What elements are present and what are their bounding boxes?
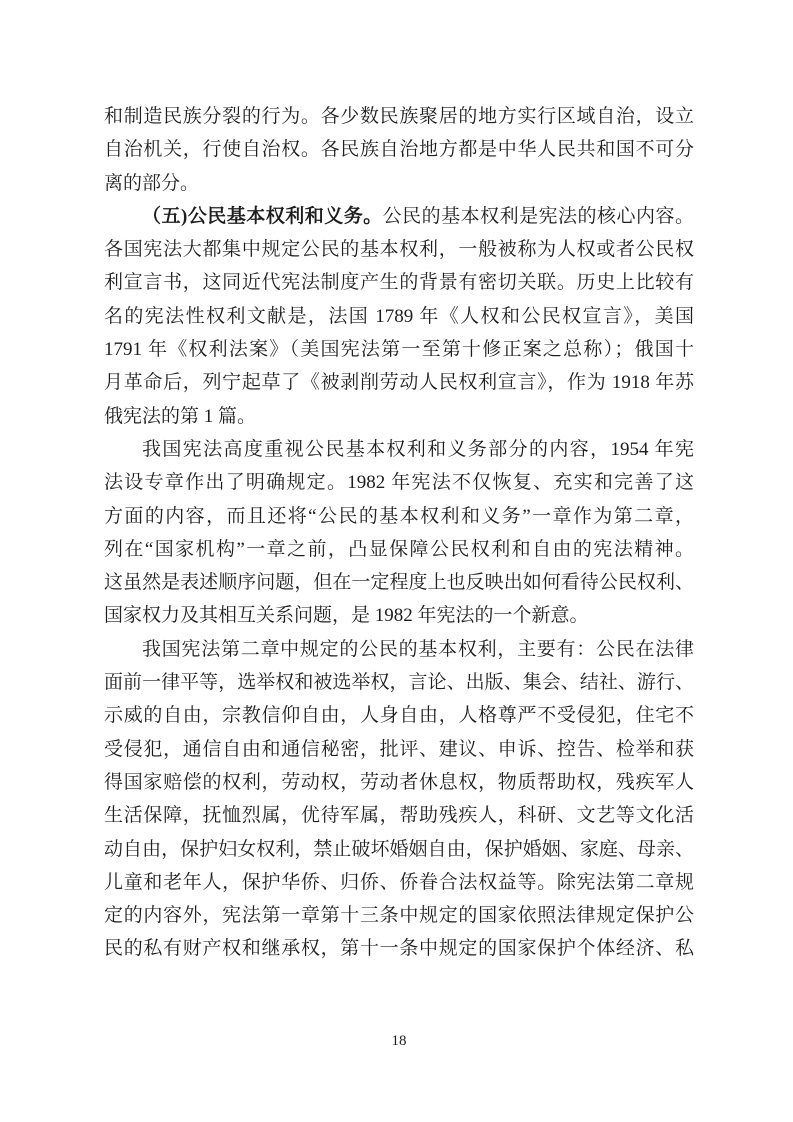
text-line: 这虽然是表述顺序问题，但在一定程度上也反映出如何看待公民权利、 xyxy=(104,566,694,599)
text-line: 俄宪法的第 1 篇。 xyxy=(104,400,694,433)
text-line: 儿童和老年人，保护华侨、归侨、侨眷合法权益等。除宪法第二章规 xyxy=(104,866,694,899)
text-line: 国家权力及其相互关系问题，是 1982 年宪法的一个新意。 xyxy=(104,599,694,632)
text-line: 动自由，保护妇女权利，禁止破坏婚姻自由，保护婚姻、家庭、母亲、 xyxy=(104,833,694,866)
text-line: 得国家赔偿的权利，劳动权，劳动者休息权，物质帮助权，残疾军人 xyxy=(104,766,694,799)
text-line: 受侵犯，通信自由和通信秘密，批评、建议、申诉、控告、检举和获 xyxy=(104,733,694,766)
body-text: 和制造民族分裂的行为。各少数民族聚居的地方实行区域自治，设立自治机关，行使自治权… xyxy=(104,100,694,966)
text-line: 和制造民族分裂的行为。各少数民族聚居的地方实行区域自治，设立 xyxy=(104,100,694,133)
section-heading-label: （五)公民基本权利和义务。 xyxy=(142,206,383,227)
text-line: 月革命后，列宁起草了《被剥削劳动人民权利宣言》，作为 1918 年苏 xyxy=(104,366,694,399)
document-page: 和制造民族分裂的行为。各少数民族聚居的地方实行区域自治，设立自治机关，行使自治权… xyxy=(0,0,793,1122)
text-line: 定的内容外，宪法第一章第十三条中规定的国家依照法律规定保护公 xyxy=(104,899,694,932)
text-line: 法设专章作出了明确规定。1982 年宪法不仅恢复、充实和完善了这 xyxy=(104,466,694,499)
text-line: 名的宪法性权利文献是，法国 1789 年《人权和公民权宣言》，美国 xyxy=(104,300,694,333)
text-line: 1791 年《权利法案》（美国宪法第一至第十修正案之总称）；俄国十 xyxy=(104,333,694,366)
text-line: 我国宪法高度重视公民基本权利和义务部分的内容，1954 年宪 xyxy=(104,433,694,466)
text-line: 利宣言书，这同近代宪法制度产生的背景有密切关联。历史上比较有 xyxy=(104,266,694,299)
text-line: 面前一律平等，选举权和被选举权，言论、出版、集会、结社、游行、 xyxy=(104,666,694,699)
page-footer: 18 xyxy=(104,1031,694,1051)
text-line-section-heading: （五)公民基本权利和义务。公民的基本权利是宪法的核心内容。 xyxy=(104,200,694,233)
text-line: 自治机关，行使自治权。各民族自治地方都是中华人民共和国不可分 xyxy=(104,133,694,166)
text-line: 我国宪法第二章中规定的公民的基本权利，主要有：公民在法律 xyxy=(104,633,694,666)
text-line: 民的私有财产权和继承权，第十一条中规定的国家保护个体经济、私 xyxy=(104,932,694,965)
text-line: 示威的自由，宗教信仰自由，人身自由，人格尊严不受侵犯，住宅不 xyxy=(104,699,694,732)
text-line: 离的部分。 xyxy=(104,167,694,200)
text-line: 各国宪法大都集中规定公民的基本权利，一般被称为人权或者公民权 xyxy=(104,233,694,266)
text-line: 方面的内容，而且还将“公民的基本权利和义务”一章作为第二章， xyxy=(104,500,694,533)
text-line: 生活保障，抚恤烈属，优待军属，帮助残疾人，科研、文艺等文化活 xyxy=(104,799,694,832)
text-line: 列在“国家机构”一章之前，凸显保障公民权利和自由的宪法精神。 xyxy=(104,533,694,566)
page-number: 18 xyxy=(392,1033,407,1049)
